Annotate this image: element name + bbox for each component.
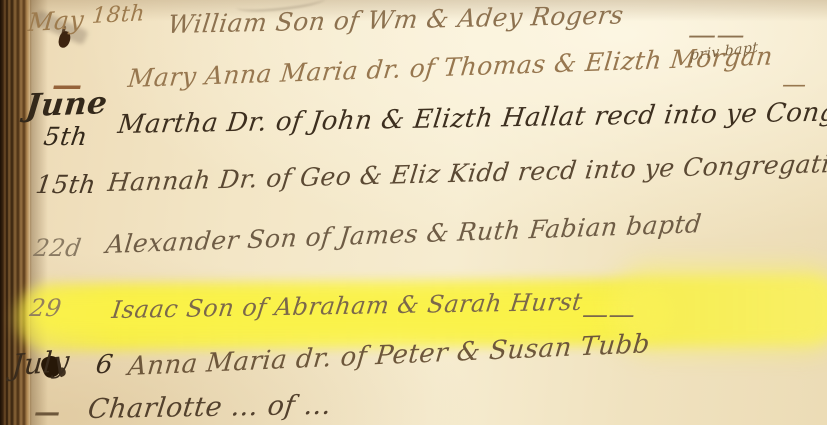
entry-text: Martha Dr. of John & Elizth Hallat recd … <box>116 97 827 140</box>
entry-month: July <box>11 344 71 382</box>
entry-text: William Son of Wm & Adey Rogers <box>166 0 625 39</box>
entry-day: 18th <box>91 1 146 29</box>
register-page-scan: May 18th William Son of Wm & Adey Rogers… <box>0 0 827 425</box>
entry-text: Charlotte … of … <box>86 390 333 425</box>
entry-month: May <box>27 5 86 37</box>
entry-text: Alexander Son of James & Ruth Fabian bap… <box>104 209 703 259</box>
entry-day: 6 <box>94 350 115 380</box>
entry-month: June <box>24 85 109 124</box>
entry-day: 15th <box>34 170 98 199</box>
entry-text: Hannah Dr. of Geo & Eliz Kidd recd into … <box>106 148 827 197</box>
entry-day: 22d <box>32 234 83 262</box>
entry-day: 29 <box>28 294 63 322</box>
entry-dash: — <box>782 70 807 98</box>
entry-text: Mary Anna Maria dr. of Thomas & Elizth M… <box>126 41 774 93</box>
entry-dash: —— <box>582 300 635 330</box>
entry-day: 5th <box>42 122 90 151</box>
entry-day: — <box>34 398 61 425</box>
